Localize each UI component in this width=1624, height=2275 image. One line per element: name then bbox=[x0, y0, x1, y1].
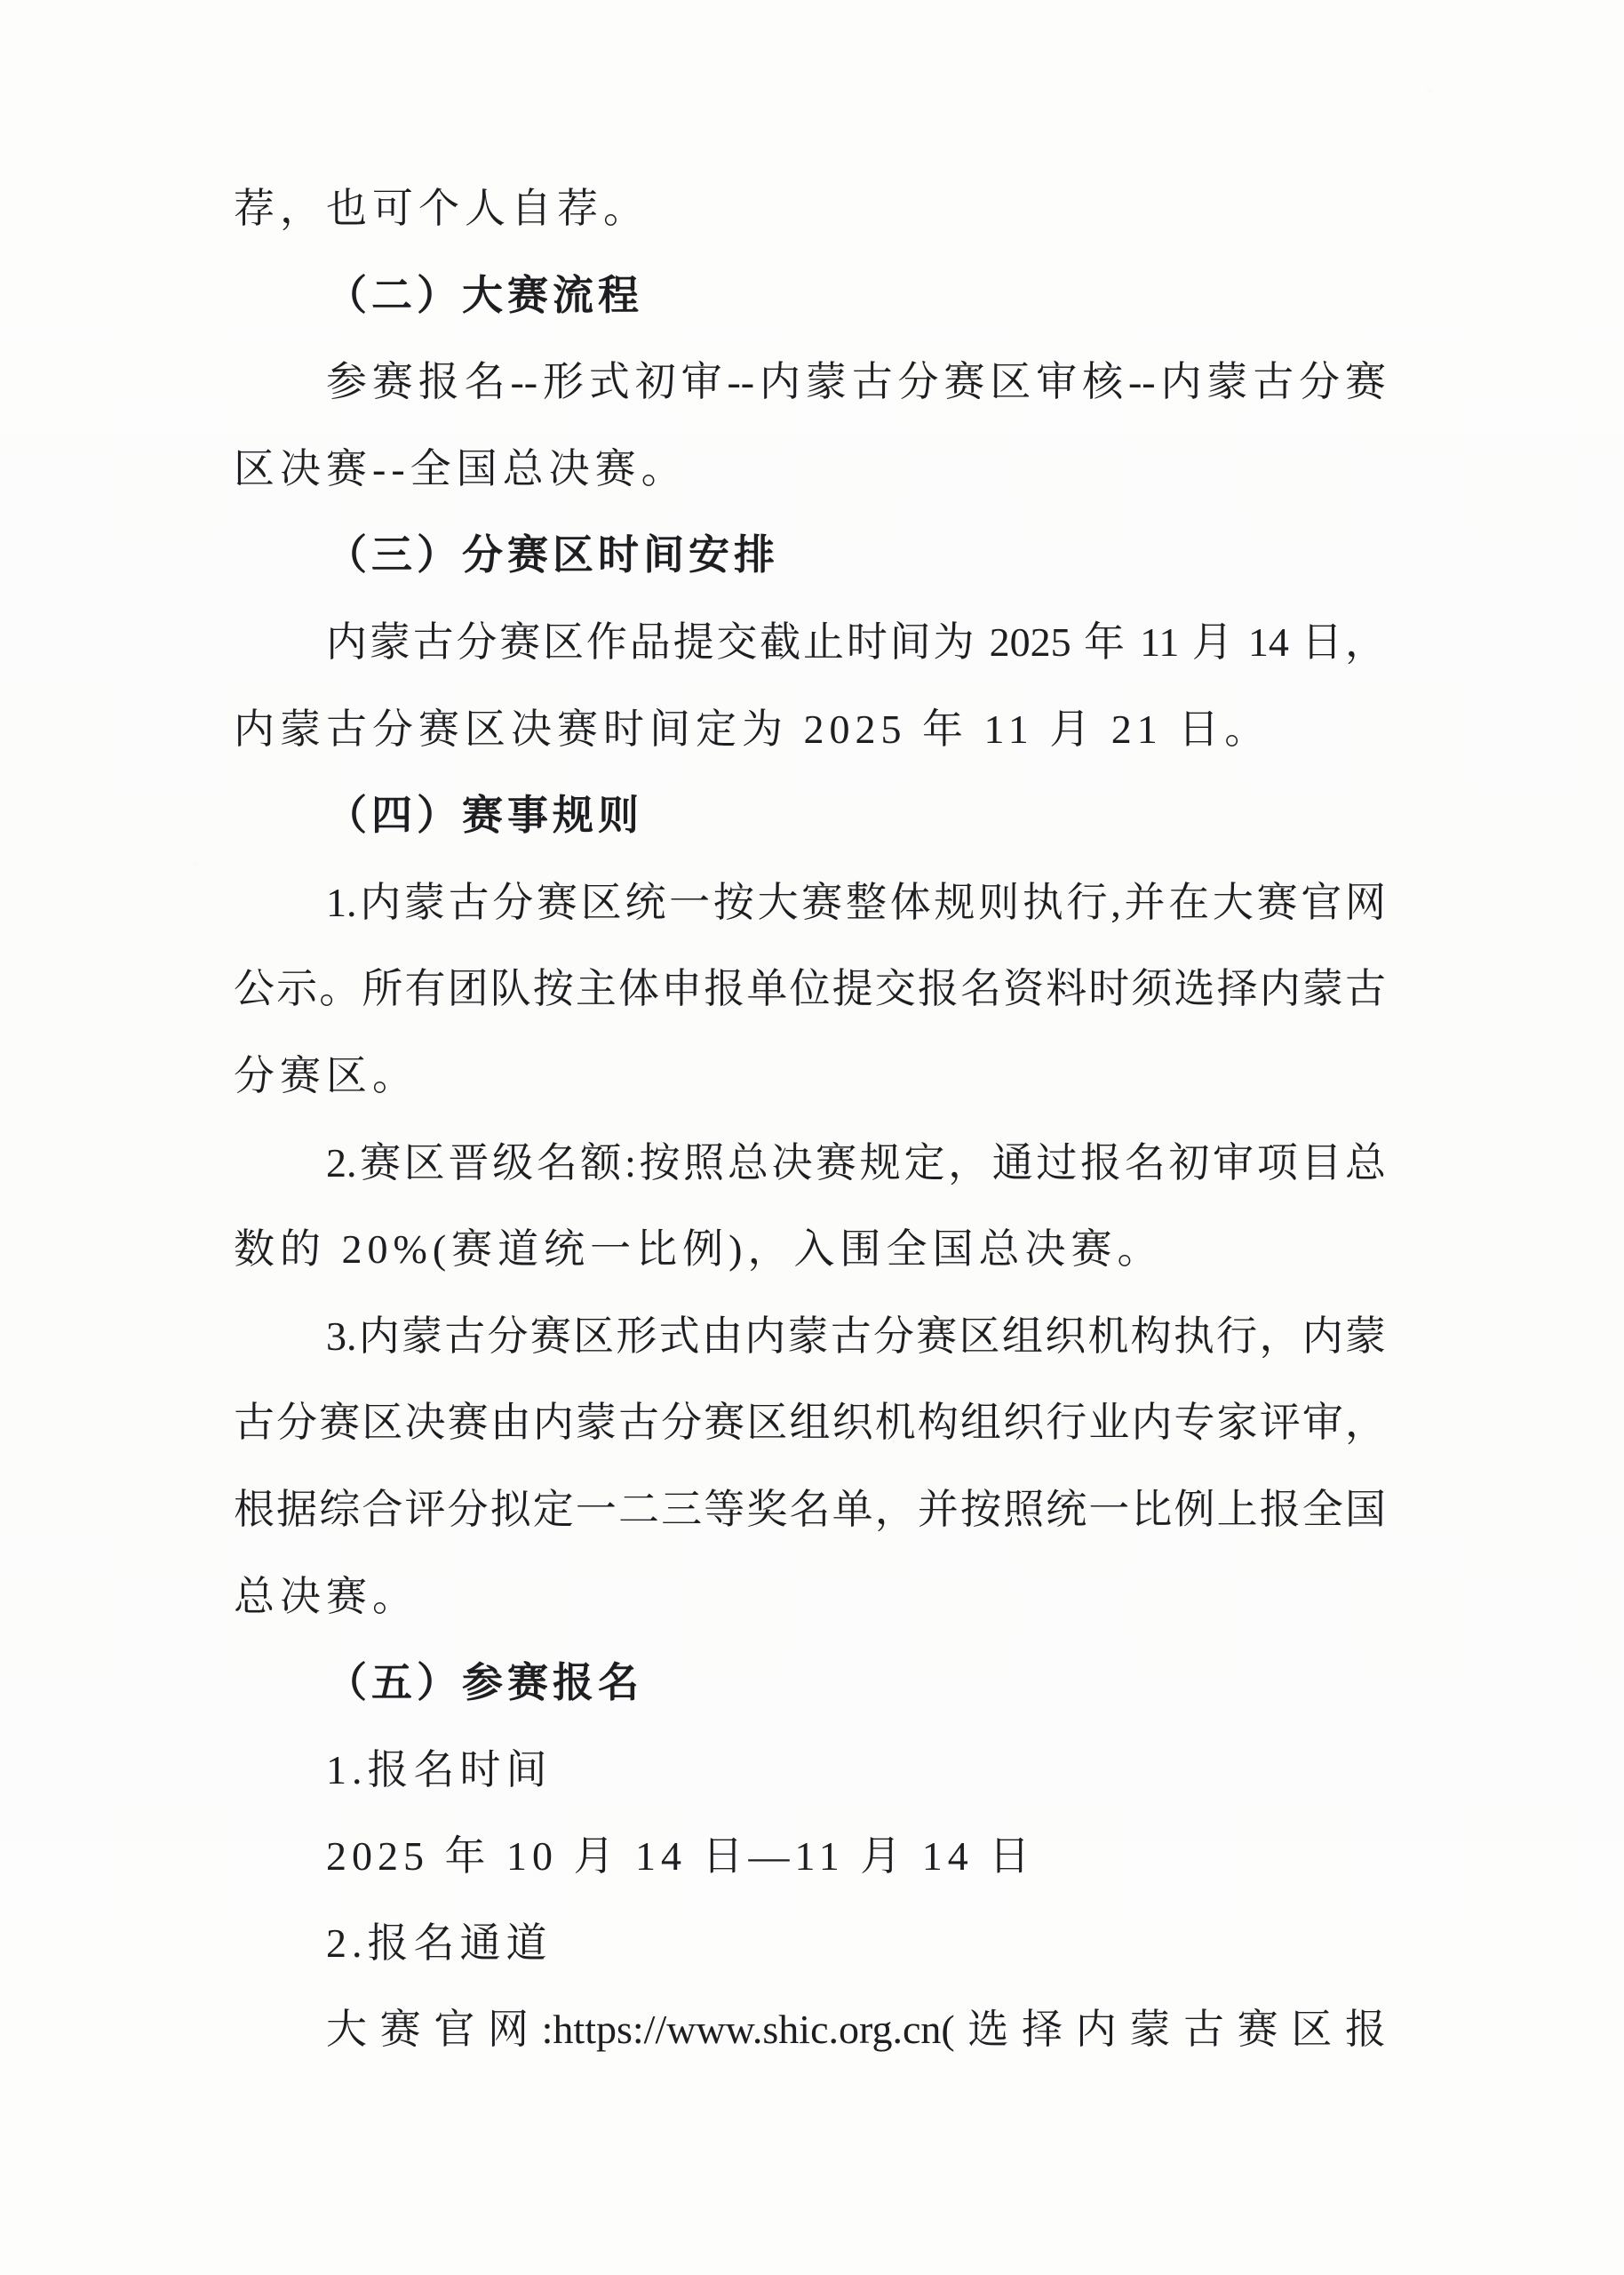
document-line: 内蒙古分赛区决赛时间定为 2025 年 11 月 21 日。 bbox=[234, 686, 1386, 773]
scanned-document-page: 荐，也可个人自荐。（二）大赛流程参赛报名--形式初审--内蒙古分赛区审核--内蒙… bbox=[0, 0, 1624, 2275]
document-line: 参赛报名--形式初审--内蒙古分赛区审核--内蒙古分赛 bbox=[234, 339, 1386, 426]
document-line: 分赛区。 bbox=[234, 1033, 1386, 1120]
document-line: 2025 年 10 月 14 日—11 月 14 日 bbox=[234, 1813, 1386, 1900]
document-line: 内蒙古分赛区作品提交截止时间为 2025 年 11 月 14 日， bbox=[234, 599, 1386, 686]
document-line: 古分赛区决赛由内蒙古分赛区组织机构组织行业内专家评审， bbox=[234, 1379, 1386, 1466]
document-line: 2.报名通道 bbox=[234, 1900, 1386, 1987]
document-line: 荐，也可个人自荐。 bbox=[234, 165, 1386, 252]
document-line: 区决赛--全国总决赛。 bbox=[234, 426, 1386, 513]
document-line: 总决赛。 bbox=[234, 1553, 1386, 1640]
document-line: 公示。所有团队按主体申报单位提交报名资料时须选择内蒙古 bbox=[234, 946, 1386, 1033]
section-heading: （三）分赛区时间安排 bbox=[234, 512, 1386, 599]
document-line: 3.内蒙古分赛区形式由内蒙古分赛区组织机构执行，内蒙 bbox=[234, 1293, 1386, 1380]
document-body: 荐，也可个人自荐。（二）大赛流程参赛报名--形式初审--内蒙古分赛区审核--内蒙… bbox=[234, 165, 1386, 2073]
document-line: 2.赛区晋级名额:按照总决赛规定，通过报名初审项目总 bbox=[234, 1120, 1386, 1207]
section-heading: （五）参赛报名 bbox=[234, 1640, 1386, 1727]
document-line: 1.内蒙古分赛区统一按大赛整体规则执行,并在大赛官网 bbox=[234, 859, 1386, 946]
document-line: 数的 20%(赛道统一比例)，入围全国总决赛。 bbox=[234, 1206, 1386, 1293]
section-heading: （四）赛事规则 bbox=[234, 772, 1386, 859]
section-heading: （二）大赛流程 bbox=[234, 252, 1386, 339]
document-line: 1.报名时间 bbox=[234, 1727, 1386, 1814]
document-line: 大赛官网:https://www.shic.org.cn(选择内蒙古赛区报 bbox=[234, 1986, 1386, 2073]
document-line: 根据综合评分拟定一二三等奖名单，并按照统一比例上报全国 bbox=[234, 1466, 1386, 1553]
